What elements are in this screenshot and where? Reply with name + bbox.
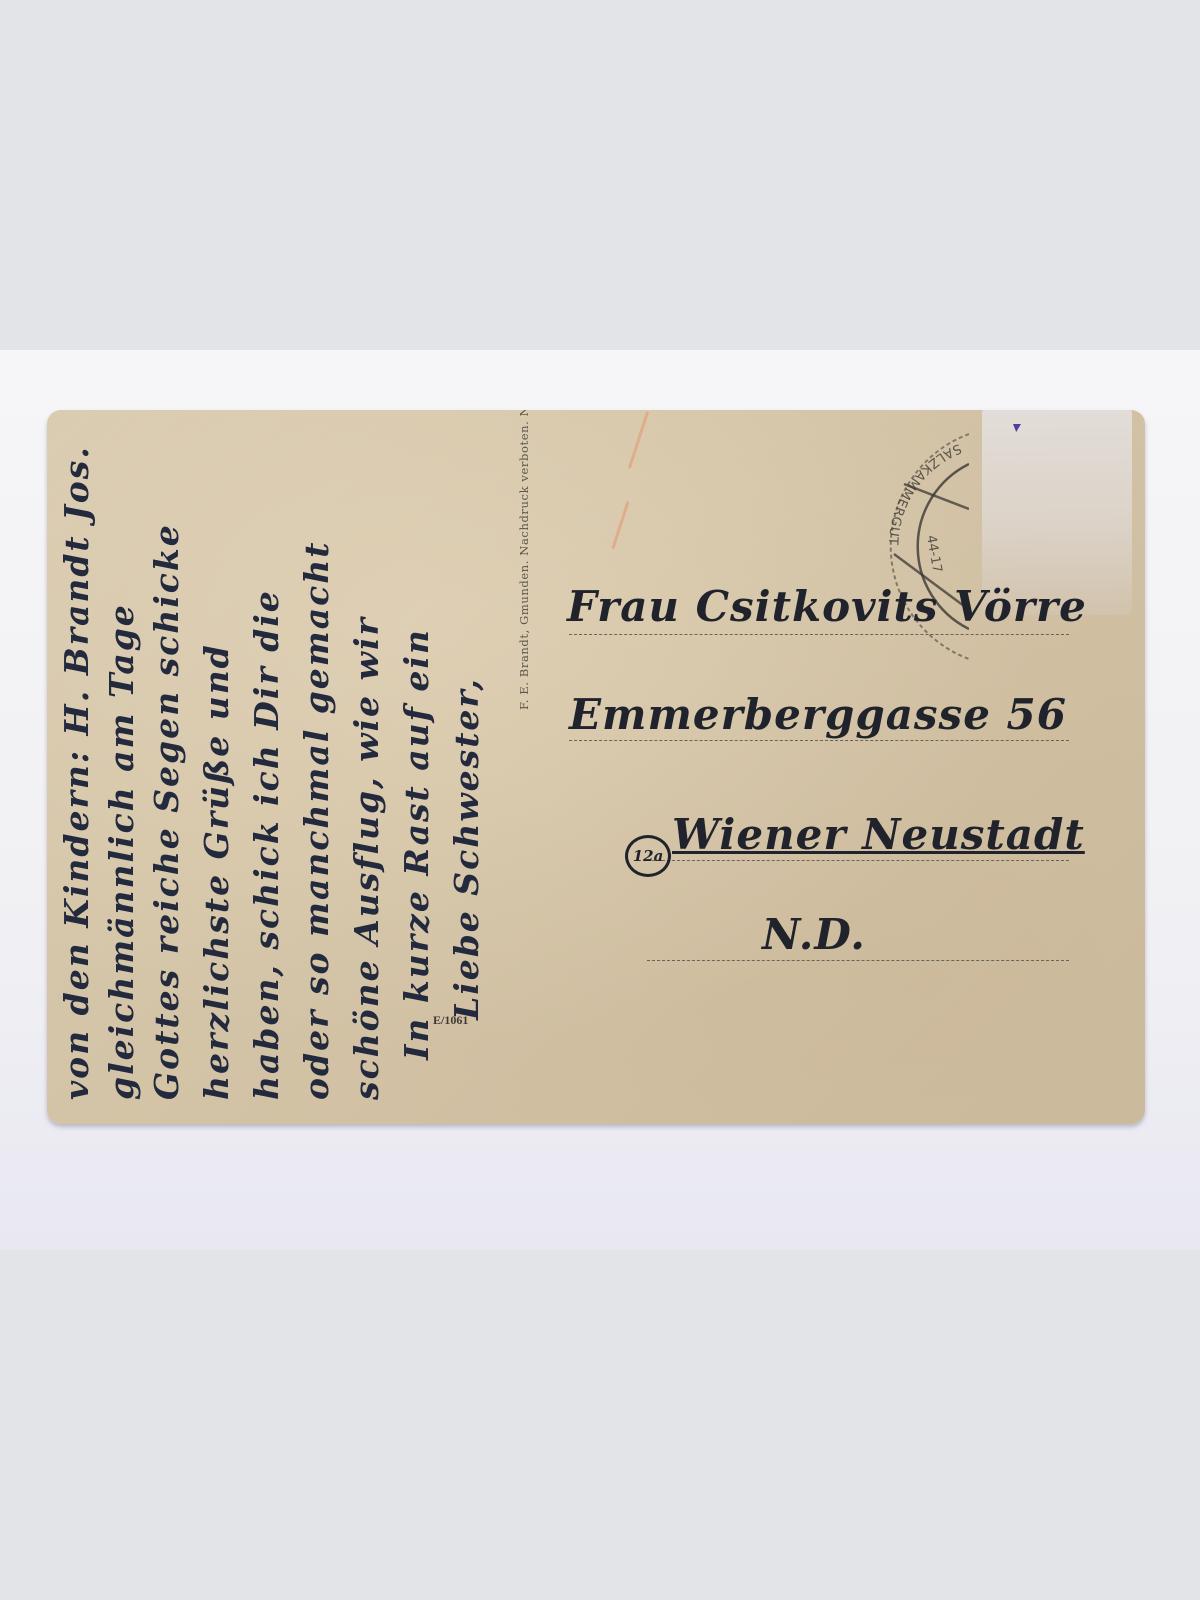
message-line: herzlichste Grüße und — [197, 643, 236, 1100]
message-line: oder so manchmal gemacht — [297, 541, 336, 1100]
svg-text:SALZKAMMERGUT: SALZKAMMERGUT — [885, 440, 964, 546]
message-line: haben, schick ich Dir die — [247, 589, 286, 1100]
address-line-3 — [647, 860, 1069, 861]
postal-zone: 12a — [625, 835, 671, 877]
postmark-date: 44-17 — [923, 534, 944, 574]
message-line: Gottes reiche Segen schicke — [147, 523, 186, 1100]
street-address: Emmerberggasse 56 — [569, 690, 1067, 739]
message-line: von den Kindern: H. Brandt Jos. — [57, 445, 96, 1100]
handwritten-message: Liebe Schwester, In kurze Rast auf ein s… — [67, 420, 507, 1100]
postal-zone-text: 12a — [633, 847, 664, 865]
recipient-name: Frau Csitkovits Vörre — [567, 582, 1087, 631]
message-line: schöne Ausflug, wie wir — [347, 616, 386, 1100]
message-line: In kurze Rast auf ein — [397, 628, 436, 1060]
orange-stain — [628, 411, 649, 469]
orange-stain — [611, 501, 629, 549]
address-line-4 — [647, 960, 1069, 961]
address-line-1 — [569, 634, 1069, 635]
postcard: SALZKAMMERGUT 44-17 F. E. Brandt, Gmunde… — [47, 410, 1145, 1124]
message-line: Liebe Schwester, — [447, 677, 486, 1020]
city: Wiener Neustadt — [672, 810, 1085, 859]
address-line-2 — [569, 740, 1069, 741]
publisher-imprint: F. E. Brandt, Gmunden. Nachdruck verbote… — [517, 410, 531, 710]
message-line: gleichmännlich am Tage — [102, 603, 141, 1100]
region: N.D. — [762, 910, 866, 959]
